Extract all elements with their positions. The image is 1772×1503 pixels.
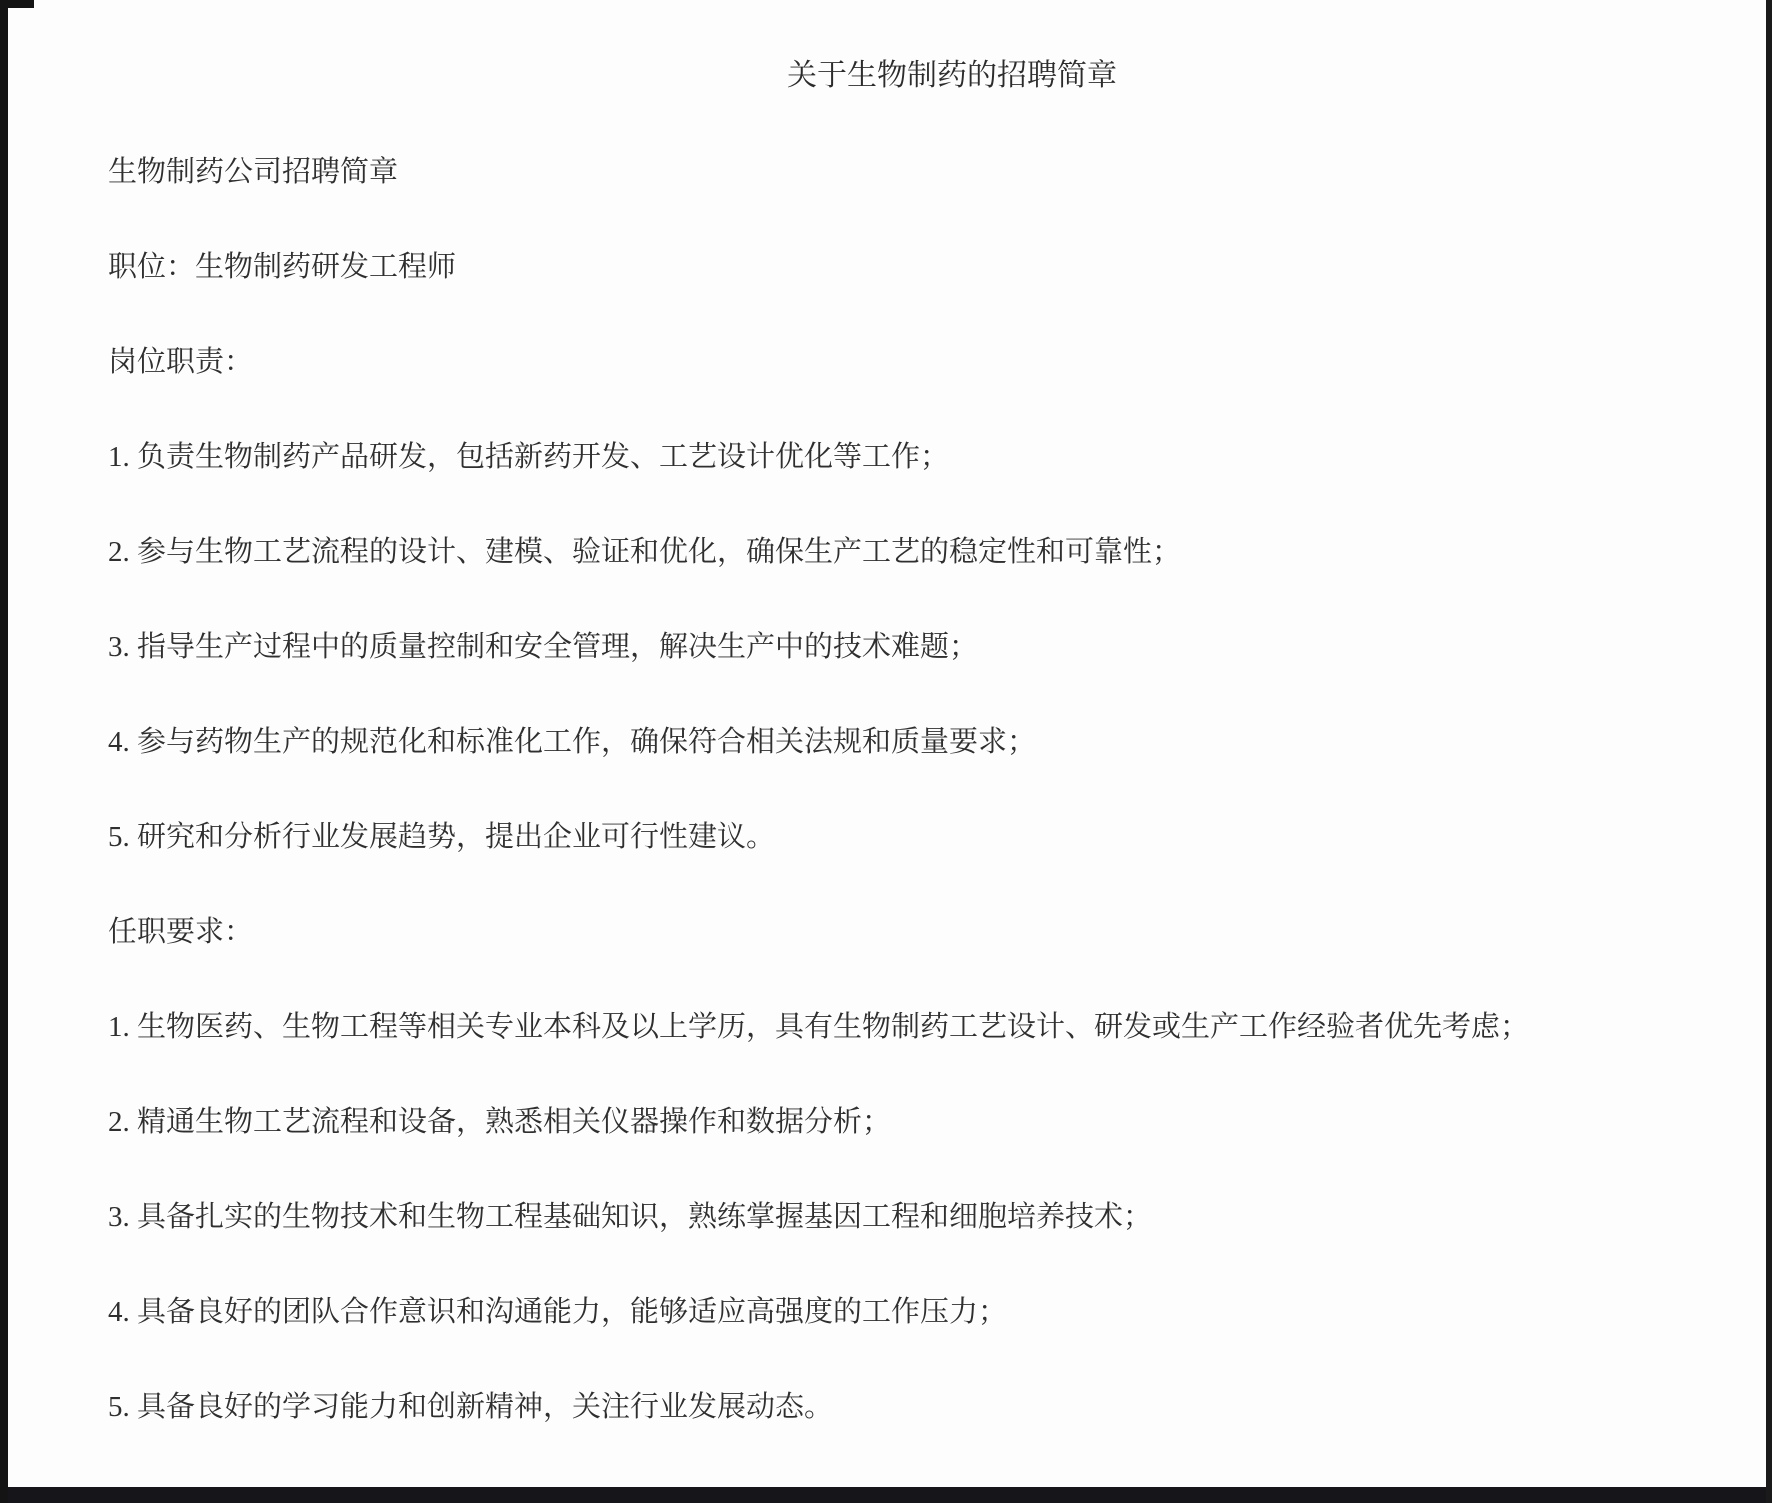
requirements-heading: 任职要求： xyxy=(108,912,1666,952)
position-line: 职位：生物制药研发工程师 xyxy=(108,247,1666,287)
responsibility-item-3: 3. 指导生产过程中的质量控制和安全管理，解决生产中的技术难题； xyxy=(108,627,1666,667)
requirement-item-1: 1. 生物医药、生物工程等相关专业本科及以上学历，具有生物制药工艺设计、研发或生… xyxy=(108,1007,1666,1047)
responsibilities-heading: 岗位职责： xyxy=(108,342,1666,382)
responsibility-item-1: 1. 负责生物制药产品研发，包括新药开发、工艺设计优化等工作； xyxy=(108,437,1666,477)
document-title: 关于生物制药的招聘简章 xyxy=(108,56,1666,96)
document-page: 关于生物制药的招聘简章 生物制药公司招聘简章 职位：生物制药研发工程师 岗位职责… xyxy=(0,0,1772,1503)
requirement-item-3: 3. 具备扎实的生物技术和生物工程基础知识，熟练掌握基因工程和细胞培养技术； xyxy=(108,1197,1666,1237)
responsibility-item-5: 5. 研究和分析行业发展趋势，提出企业可行性建议。 xyxy=(108,817,1666,857)
frame-corner xyxy=(8,0,34,8)
requirement-item-4: 4. 具备良好的团队合作意识和沟通能力，能够适应高强度的工作压力； xyxy=(108,1292,1666,1332)
document-body: 关于生物制药的招聘简章 生物制药公司招聘简章 职位：生物制药研发工程师 岗位职责… xyxy=(8,0,1766,1427)
requirement-item-5: 5. 具备良好的学习能力和创新精神，关注行业发展动态。 xyxy=(108,1387,1666,1427)
responsibility-item-4: 4. 参与药物生产的规范化和标准化工作，确保符合相关法规和质量要求； xyxy=(108,722,1666,762)
requirement-item-2: 2. 精通生物工艺流程和设备，熟悉相关仪器操作和数据分析； xyxy=(108,1102,1666,1142)
responsibility-item-2: 2. 参与生物工艺流程的设计、建模、验证和优化，确保生产工艺的稳定性和可靠性； xyxy=(108,532,1666,572)
bottom-frame-bar xyxy=(8,1487,1766,1503)
intro-line: 生物制药公司招聘简章 xyxy=(108,152,1666,192)
